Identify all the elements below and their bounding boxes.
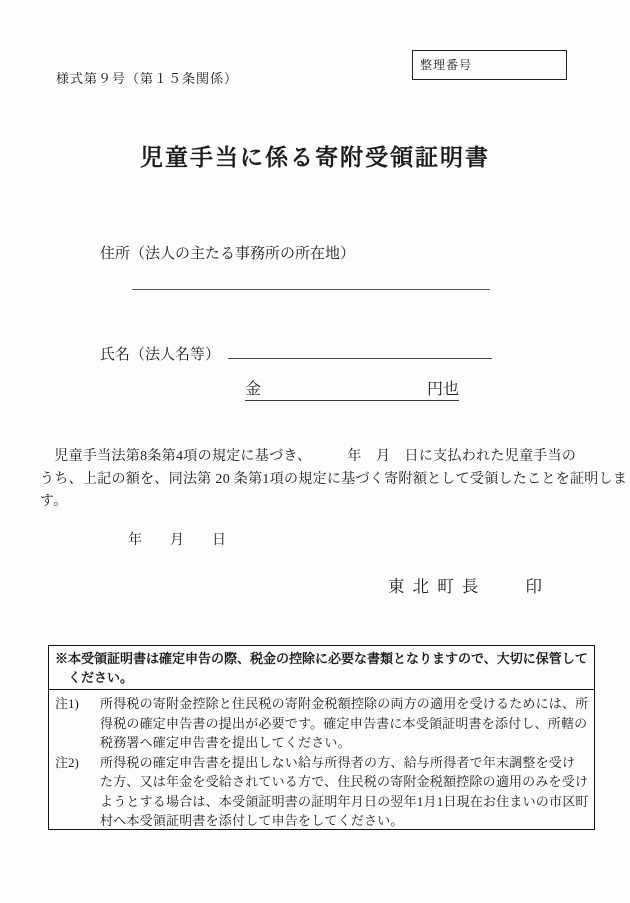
reference-number-label: 整理番号 <box>420 58 472 72</box>
note-1-label: 注1) <box>55 694 87 714</box>
name-label: 氏名（法人名等） <box>100 343 220 364</box>
address-label: 住所（法人の主たる事務所の所在地） <box>100 242 355 263</box>
amount-suffix-label: 円也 <box>427 379 459 400</box>
note-item-2: 注2) 所得税の確定申告書を提出しない給与所得者の方、給与所得者で年末調整を受け… <box>55 753 590 831</box>
seal-placeholder: 印 <box>526 577 543 597</box>
note-2-label: 注2) <box>55 753 87 773</box>
address-blank-line <box>132 289 490 290</box>
amount-prefix-label: 金 <box>245 379 261 400</box>
date-line: 年 月 日 <box>128 529 226 549</box>
document-title: 児童手当に係る寄附受領証明書 <box>0 139 630 172</box>
notes-section: 注1) 所得税の寄附金控除と住民税の寄附金税額控除の両方の適用を受けるためには、… <box>49 690 594 835</box>
certification-paragraph: 児童手当法第8条第4項の規定に基づき、 年 月 日に支払われた児童手当の うち、… <box>40 446 630 514</box>
note-item-1: 注1) 所得税の寄附金控除と住民税の寄附金税額控除の両方の適用を受けるためには、… <box>55 694 590 753</box>
notice-box: ※本受領証明書は確定申告の際、税金の控除に必要な書類となりますので、大切に保管し… <box>48 645 595 830</box>
document-page: 様式第９号（第１５条関係） 整理番号 児童手当に係る寄附受領証明書 住所（法人の… <box>0 0 630 903</box>
form-number-label: 様式第９号（第１５条関係） <box>56 68 238 87</box>
note-2-text: 所得税の確定申告書を提出しない給与所得者の方、給与所得者で年末調整を受け た方、… <box>100 753 590 831</box>
signer-name: 東 北 町 長 <box>388 577 480 597</box>
name-blank-line <box>228 358 492 359</box>
note-1-text: 所得税の寄附金控除と住民税の寄附金税額控除の両方の適用を受けるためには、所 得税… <box>100 694 590 753</box>
signature-row: 東 北 町 長 印 <box>388 577 542 597</box>
reference-number-box: 整理番号 <box>412 50 567 80</box>
notice-warning: ※本受領証明書は確定申告の際、税金の控除に必要な書類となりますので、大切に保管し… <box>49 646 594 690</box>
amount-blank-line: 金 円也 <box>245 379 459 401</box>
